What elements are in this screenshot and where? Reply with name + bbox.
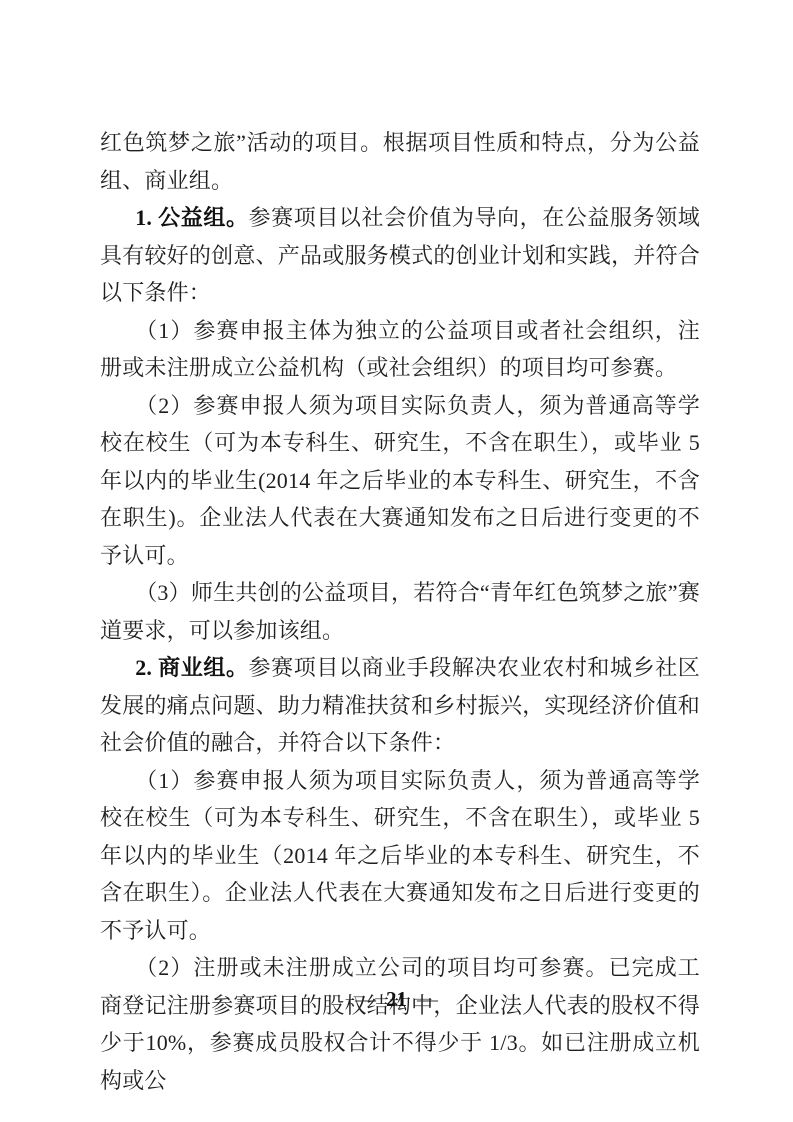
- paragraph: 1. 公益组。参赛项目以社会价值为导向，在公益服务领域具有较好的创意、产品或服务…: [100, 199, 700, 312]
- paragraph: （2）注册或未注册成立公司的项目均可参赛。已完成工商登记注册参赛项目的股权结构中…: [100, 949, 700, 1099]
- paragraph-text: 红色筑梦之旅”活动的项目。根据项目性质和特点，分为公益组、商业组。: [100, 130, 700, 193]
- document-body: 红色筑梦之旅”活动的项目。根据项目性质和特点，分为公益组、商业组。 1. 公益组…: [100, 124, 700, 1099]
- paragraph-text: （1）参赛申报主体为独立的公益项目或者社会组织，注册或未注册成立公益机构（或社会…: [100, 318, 700, 381]
- paragraph: （3）师生共创的公益项目，若符合“青年红色筑梦之旅”赛道要求，可以参加该组。: [100, 574, 700, 649]
- page-footer: —21—: [0, 986, 793, 1012]
- paragraph-text: （2）注册或未注册成立公司的项目均可参赛。已完成工商登记注册参赛项目的股权结构中…: [100, 955, 700, 1093]
- paragraph-lead: 1. 公益组。: [135, 205, 248, 230]
- paragraph: （1）参赛申报主体为独立的公益项目或者社会组织，注册或未注册成立公益机构（或社会…: [100, 312, 700, 387]
- paragraph-text: （2）参赛申报人须为项目实际负责人，须为普通高等学校在校生（可为本专科生、研究生…: [100, 393, 700, 568]
- document-page: 红色筑梦之旅”活动的项目。根据项目性质和特点，分为公益组、商业组。 1. 公益组…: [0, 0, 793, 1122]
- paragraph: （1）参赛申报人须为项目实际负责人，须为普通高等学校在校生（可为本专科生、研究生…: [100, 762, 700, 950]
- paragraph: 红色筑梦之旅”活动的项目。根据项目性质和特点，分为公益组、商业组。: [100, 124, 700, 199]
- page-number: 21: [386, 987, 407, 1011]
- footer-right-dash: —: [417, 987, 438, 1011]
- paragraph: （2）参赛申报人须为项目实际负责人，须为普通高等学校在校生（可为本专科生、研究生…: [100, 387, 700, 575]
- footer-left-dash: —: [355, 987, 376, 1011]
- paragraph: 2. 商业组。参赛项目以商业手段解决农业农村和城乡社区发展的痛点问题、助力精准扶…: [100, 649, 700, 762]
- paragraph-lead: 2. 商业组。: [135, 655, 248, 680]
- paragraph-text: （1）参赛申报人须为项目实际负责人，须为普通高等学校在校生（可为本专科生、研究生…: [100, 768, 700, 943]
- paragraph-text: （3）师生共创的公益项目，若符合“青年红色筑梦之旅”赛道要求，可以参加该组。: [100, 580, 700, 643]
